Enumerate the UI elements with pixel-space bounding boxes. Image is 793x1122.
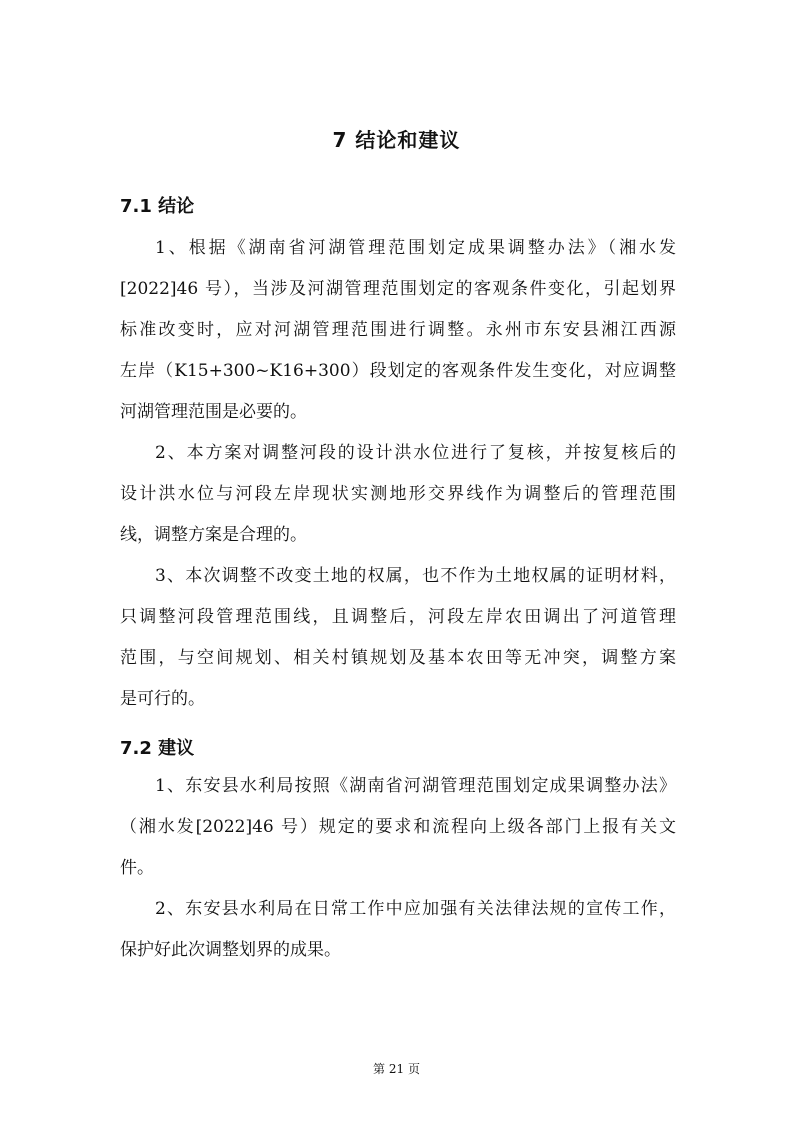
paragraph-line: （湘水发[2022]46 号）规定的要求和流程向上级各部门上报有关文	[120, 807, 676, 848]
recommendation-paragraph-1: 1、东安县水利局按照《湖南省河湖管理范围划定成果调整办法》 （湘水发[2022]…	[120, 766, 676, 889]
recommendation-paragraph-2: 2、东安县水利局在日常工作中应加强有关法律法规的宣传工作， 保护好此次调整划界的…	[120, 889, 676, 971]
paragraph-line: 2、本方案对调整河段的设计洪水位进行了复核，并按复核后的	[120, 433, 676, 474]
page-number: 第 21 页	[0, 1060, 793, 1077]
paragraph-line: 设计洪水位与河段左岸现状实测地形交界线作为调整后的管理范围	[120, 474, 676, 515]
paragraph-line: [2022]46 号），当涉及河湖管理范围划定的客观条件变化，引起划界	[120, 269, 676, 310]
paragraph-line: 保护好此次调整划界的成果。	[120, 930, 676, 971]
conclusion-paragraph-3: 3、本次调整不改变土地的权属，也不作为土地权属的证明材料， 只调整河段管理范围线…	[120, 556, 676, 720]
paragraph-line: 1、根据《湖南省河湖管理范围划定成果调整办法》（湘水发	[120, 228, 676, 269]
conclusion-paragraph-1: 1、根据《湖南省河湖管理范围划定成果调整办法》（湘水发 [2022]46 号），…	[120, 228, 676, 433]
paragraph-line: 1、东安县水利局按照《湖南省河湖管理范围划定成果调整办法》	[120, 766, 676, 807]
paragraph-line: 河湖管理范围是必要的。	[120, 392, 676, 433]
paragraph-line: 左岸（K15+300~K16+300）段划定的客观条件发生变化，对应调整	[120, 351, 676, 392]
section-heading-recommendations: 7.2 建议	[120, 734, 194, 760]
paragraph-line: 只调整河段管理范围线，且调整后，河段左岸农田调出了河道管理	[120, 597, 676, 638]
paragraph-line: 范围，与空间规划、相关村镇规划及基本农田等无冲突，调整方案	[120, 638, 676, 679]
paragraph-line: 3、本次调整不改变土地的权属，也不作为土地权属的证明材料，	[120, 556, 676, 597]
conclusion-paragraph-2: 2、本方案对调整河段的设计洪水位进行了复核，并按复核后的 设计洪水位与河段左岸现…	[120, 433, 676, 556]
paragraph-line: 线，调整方案是合理的。	[120, 515, 676, 556]
section-heading-conclusions: 7.1 结论	[120, 192, 194, 218]
paragraph-line: 是可行的。	[120, 679, 676, 720]
paragraph-line: 标准改变时，应对河湖管理范围进行调整。永州市东安县湘江西源	[120, 310, 676, 351]
paragraph-line: 2、东安县水利局在日常工作中应加强有关法律法规的宣传工作，	[120, 889, 676, 930]
chapter-title: 7 结论和建议	[0, 124, 793, 153]
paragraph-line: 件。	[120, 848, 676, 889]
document-page: 7 结论和建议 7.1 结论 1、根据《湖南省河湖管理范围划定成果调整办法》（湘…	[0, 0, 793, 1122]
